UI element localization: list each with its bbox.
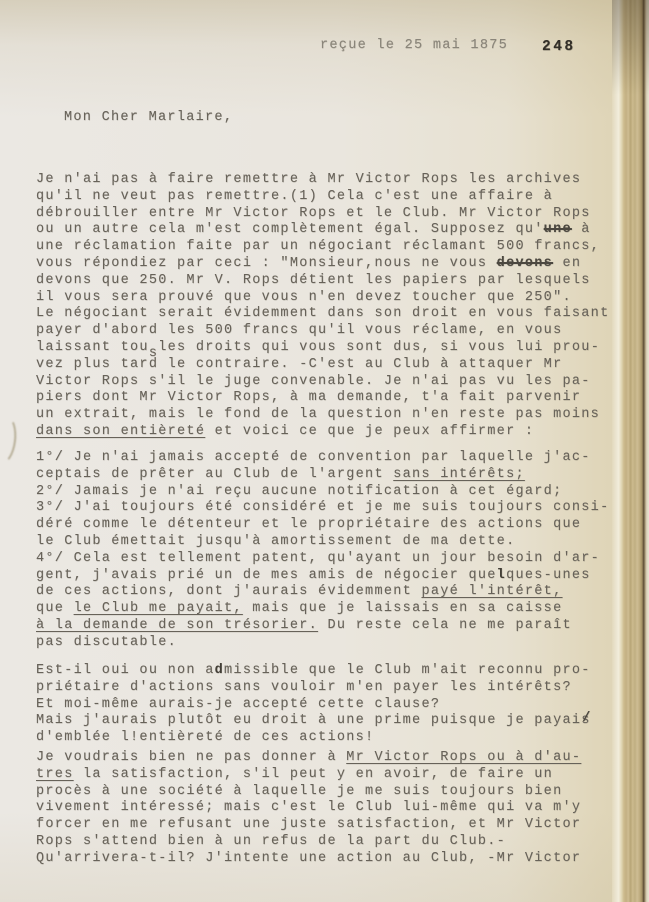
page-number: 248 xyxy=(542,39,576,56)
typed-text: la satisfaction, s'il peut y en avoir, d… xyxy=(36,767,581,866)
typed-text: s xyxy=(149,346,158,363)
letter-page: reçue le 25 mai 1875 248 Mon Cher Marlai… xyxy=(0,0,649,902)
underlined-text: tres xyxy=(36,767,74,782)
typed-text: d xyxy=(215,663,224,678)
struck-text: une xyxy=(544,222,572,237)
typed-text: d'emblée l!entièreté de ces actions! xyxy=(36,730,374,745)
underlined-text: le Club me payait, xyxy=(74,601,243,616)
typed-text: Est-il oui ou non a xyxy=(36,663,215,678)
underlined-text: payé l'intérêt, xyxy=(421,584,562,599)
struck-text: devons xyxy=(497,256,553,271)
underlined-text: sans intérêts; xyxy=(393,467,525,482)
typed-text: que xyxy=(36,601,74,616)
underlined-text: dans son entièreté xyxy=(36,424,205,439)
underlined-text: Mr Victor Rops ou à d'au- xyxy=(346,750,581,765)
book-edge-shadow xyxy=(612,0,649,95)
typed-text: et voici ce que je peux affirmer : xyxy=(205,424,534,439)
received-stamp: reçue le 25 mai 1875 xyxy=(320,38,508,55)
letter-paragraph-1: Je n'ai pas à faire remettre à Mr Victor… xyxy=(36,172,636,441)
typed-text: Je n'ai pas à faire remettre à Mr Victor… xyxy=(36,172,591,237)
underlined-text: à la demande de son trésorier. xyxy=(36,618,318,633)
typed-text: Je voudrais bien ne pas donner à xyxy=(36,750,346,765)
typed-text: s xyxy=(581,713,590,730)
typed-text: mais que je laissais en sa caisse xyxy=(243,601,563,616)
letter-paragraph-3: Est-il oui ou non admissible que le Club… xyxy=(36,663,636,747)
letter-paragraph-numbered-points: 1°/ Je n'ai jamais accepté de convention… xyxy=(36,450,636,652)
typed-text: l xyxy=(497,568,506,583)
paper-crease-mark xyxy=(0,415,19,465)
greeting: Mon Cher Marlaire, xyxy=(64,110,233,127)
letter-paragraph-4: Je voudrais bien ne pas donner à Mr Vict… xyxy=(36,750,636,868)
